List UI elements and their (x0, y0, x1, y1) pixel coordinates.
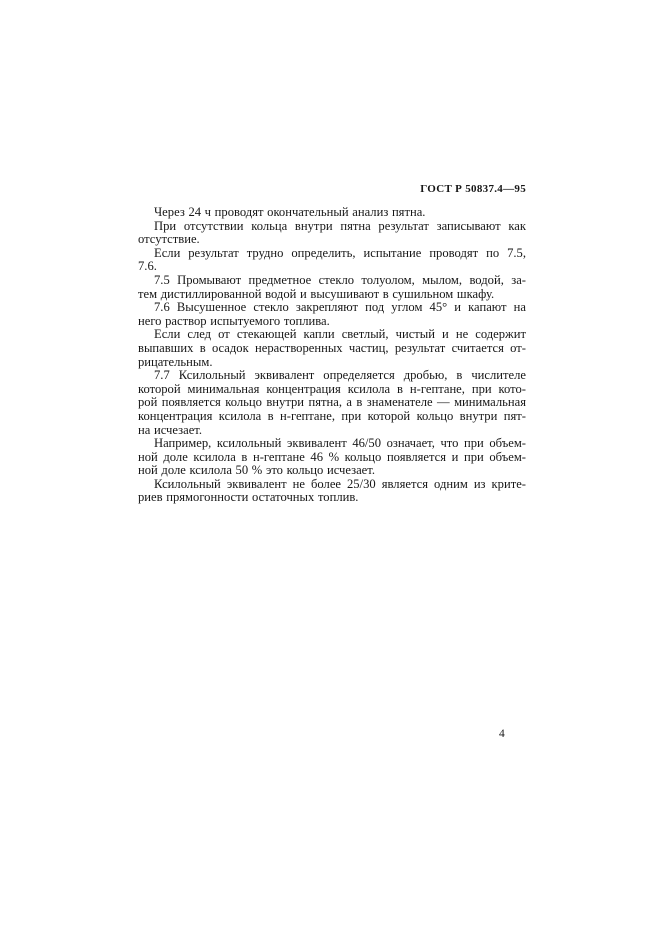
text-line: отсутствие. (138, 233, 526, 247)
text-line: 7.6 Высушенное стекло закрепляют под угл… (138, 301, 526, 315)
paragraph: Если след от стекающей капли светлый, чи… (138, 328, 526, 369)
document-body: Через 24 ч проводят окончательный анализ… (138, 206, 526, 505)
text-line: рой появляется кольцо внутри пятна, а в … (138, 396, 526, 410)
text-line: 7.5 Промывают предметное стекло толуолом… (138, 274, 526, 288)
paragraph: Ксилольный эквивалент не более 25/30 явл… (138, 478, 526, 505)
text-line: которой минимальная концентрация ксилола… (138, 383, 526, 397)
text-line: Если след от стекающей капли светлый, чи… (138, 328, 526, 342)
text-line: рицательным. (138, 356, 526, 370)
text-line: Ксилольный эквивалент не более 25/30 явл… (138, 478, 526, 492)
document-page: ГОСТ Р 50837.4—95 Через 24 ч проводят ок… (0, 0, 661, 936)
text-line: ной доле ксилола 50 % это кольцо исчезае… (138, 464, 526, 478)
text-line: него раствор испытуемого топлива. (138, 315, 526, 329)
text-line: на исчезает. (138, 424, 526, 438)
paragraph: При отсутствии кольца внутри пятна резул… (138, 220, 526, 247)
text-line: Если результат трудно определить, испыта… (138, 247, 526, 261)
paragraph: 7.6 Высушенное стекло закрепляют под угл… (138, 301, 526, 328)
text-line: концентрация ксилола в н-гептане, при ко… (138, 410, 526, 424)
paragraph: 7.7 Ксилольный эквивалент определяется д… (138, 369, 526, 437)
text-line: Через 24 ч проводят окончательный анализ… (138, 206, 526, 220)
text-line: ной доле ксилола в н-гептане 46 % кольцо… (138, 451, 526, 465)
page-number: 4 (499, 728, 505, 740)
text-line: 7.7 Ксилольный эквивалент определяется д… (138, 369, 526, 383)
paragraph: Через 24 ч проводят окончательный анализ… (138, 206, 526, 220)
text-line: Например, ксилольный эквивалент 46/50 оз… (138, 437, 526, 451)
document-header-code: ГОСТ Р 50837.4—95 (138, 183, 526, 195)
paragraph: Например, ксилольный эквивалент 46/50 оз… (138, 437, 526, 478)
paragraph: 7.5 Промывают предметное стекло толуолом… (138, 274, 526, 301)
text-line: тем дистиллированной водой и высушивают … (138, 288, 526, 302)
text-line: риев прямогонности остаточных топлив. (138, 491, 526, 505)
text-line: При отсутствии кольца внутри пятна резул… (138, 220, 526, 234)
text-line: выпавших в осадок нерастворенных частиц,… (138, 342, 526, 356)
paragraph: Если результат трудно определить, испыта… (138, 247, 526, 274)
text-line: 7.6. (138, 260, 526, 274)
